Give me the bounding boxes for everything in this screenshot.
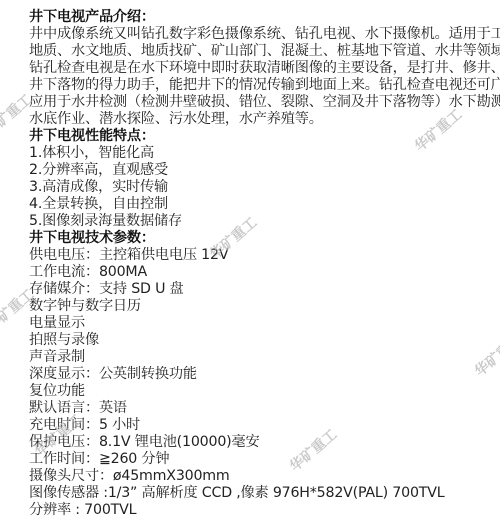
spec-line: 充电时间：5 小时 [29,417,497,434]
spec-line: 分辨率 : 700TVL [29,502,497,519]
feature-item: 5.图像刻录海量数据储存 [29,213,497,230]
feature-item: 4.全景转换，自由控制 [29,196,497,213]
spec-line: 拍照与录像 [29,332,497,349]
spec-line: 声音录制 [29,349,497,366]
section-heading-specs: 井下电视技术参数： [29,230,497,247]
spec-line: 深度显示：公英制转换功能 [29,366,497,383]
document-body: 井下电视产品介绍： 井中成像系统又叫钻孔数字彩色摄像系统、钻孔电视、水下摄像机。… [29,9,497,519]
section-heading-intro: 井下电视产品介绍： [29,9,497,26]
spec-line: 工作电流：800MA [29,264,497,281]
spec-line: 保护电压：8.1V 锂电池(10000)毫安 [29,434,497,451]
spec-line: 供电电压：主控箱供电电压 12V [29,247,497,264]
spec-line: 复位功能 [29,383,497,400]
spec-line: 数字钟与数字日历 [29,298,497,315]
spec-line: 工作时间：≧260 分钟 [29,451,497,468]
intro-line: 地质、水文地质、地质找矿、矿山部门、混凝土、桩基地下管道、水井等领域； [29,43,497,60]
spec-line: 电量显示 [29,315,497,332]
spec-line: 默认语言：英语 [29,400,497,417]
intro-line: 井下落物的得力助手，能把井下的情况传输到地面上来。钻孔检查电视还可广泛 [29,77,497,94]
intro-line: 钻孔检查电视是在水下环境中即时获取清晰图像的主要设备，是打井、修井、捞 [29,60,497,77]
feature-item: 3.高清成像，实时传输 [29,179,497,196]
intro-line: 井中成像系统又叫钻孔数字彩色摄像系统、钻孔电视、水下摄像机。适用于工程 [29,26,497,43]
feature-item: 2.分辨率高，直观感受 [29,162,497,179]
spec-line: 图像传感器 :1/3” 高解析度 CCD ,像素 976H*582V(PAL) … [29,485,497,502]
intro-line: 应用于水井检测（检测井壁破损、错位、裂隙、空洞及井下落物等）水下勘测、 [29,94,497,111]
spec-line: 存储媒介：支持 SD U 盘 [29,281,497,298]
spec-line: 摄像头尺寸：ø45mmX300mm [29,468,497,485]
